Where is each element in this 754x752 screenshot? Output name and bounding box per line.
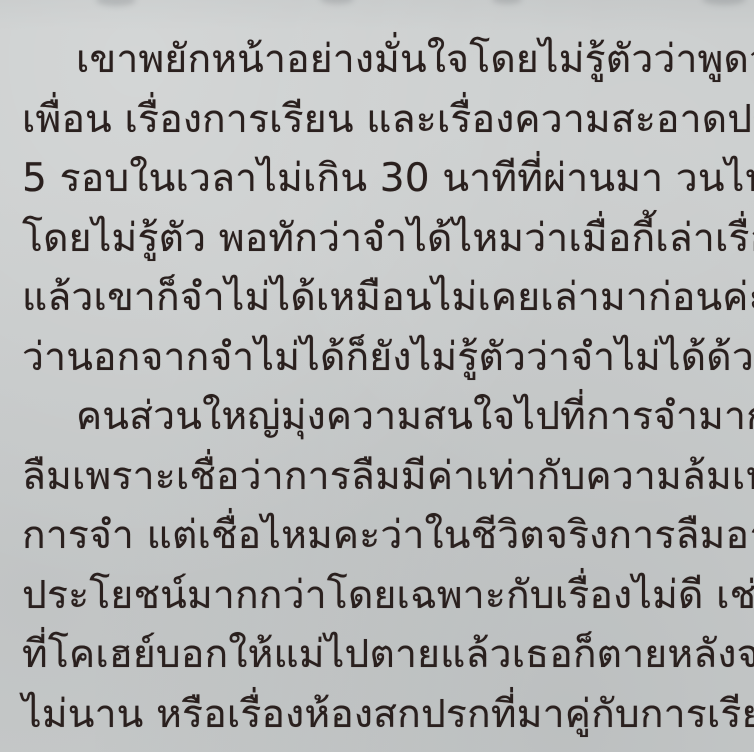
- text-line: แล้วเขาก็จำไม่ได้เหมือนไม่เคยเล่ามาก่อนค…: [22, 268, 740, 328]
- paper-smudge: [702, 0, 746, 5]
- paragraph-2: คนส่วนใหญ่มุ่งความสนใจไปที่การจำมากกว่าก…: [22, 387, 740, 744]
- text-line: ไม่นาน หรือเรื่องห้องสกปรกที่มาคู่กับการ…: [22, 685, 740, 745]
- paper-smudge: [492, 0, 522, 4]
- text-line: ลืมเพราะเชื่อว่าการลืมมีค่าเท่ากับความล้…: [22, 447, 740, 507]
- text-line: การจำ แต่เชื่อไหมคะว่าในชีวิตจริงการลืมอ…: [22, 506, 740, 566]
- text-line: คนส่วนใหญ่มุ่งความสนใจไปที่การจำมากกว่าก…: [22, 387, 740, 447]
- text-line: โดยไม่รู้ตัว พอทักว่าจำได้ไหมว่าเมื่อกี้…: [22, 209, 740, 269]
- paper-smudge: [320, 0, 354, 4]
- text-line: 5 รอบในเวลาไม่เกิน 30 นาทีที่ผ่านมา วนไป…: [22, 149, 740, 209]
- scanned-page: เขาพยักหน้าอย่างมั่นใจโดยไม่รู้ตัวว่าพูด…: [0, 0, 754, 752]
- text-line: ประโยชน์มากกว่าโดยเฉพาะกับเรื่องไม่ดี เช…: [22, 566, 740, 626]
- text-line: ว่านอกจากจำไม่ได้ก็ยังไม่รู้ตัวว่าจำไม่ไ…: [22, 328, 740, 388]
- paragraph-1: เขาพยักหน้าอย่างมั่นใจโดยไม่รู้ตัวว่าพูด…: [22, 30, 740, 387]
- text-line: เขาพยักหน้าอย่างมั่นใจโดยไม่รู้ตัวว่าพูด…: [22, 30, 740, 90]
- text-line: ที่โคเฮย์บอกให้แม่ไปตายแล้วเธอก็ตายหลังจ…: [22, 625, 740, 685]
- paper-smudge: [96, 0, 136, 6]
- body-text: เขาพยักหน้าอย่างมั่นใจโดยไม่รู้ตัวว่าพูด…: [22, 30, 740, 744]
- text-line: เพื่อน เรื่องการเรียน และเรื่องความสะอาด…: [22, 90, 740, 150]
